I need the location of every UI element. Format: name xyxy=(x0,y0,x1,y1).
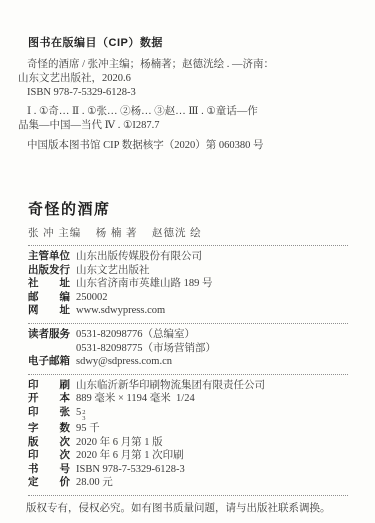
row-value: 山东省济南市英雄山路 189 号 xyxy=(76,277,213,291)
fraction-denominator: 3 xyxy=(82,416,85,422)
row-label: 邮编 xyxy=(28,291,70,305)
sheets-fraction: 23 xyxy=(82,410,85,422)
info-row-reader-service-2: 0531-82098775（市场营销部） xyxy=(28,342,348,356)
cip-record-number: 中国版本图书馆 CIP 数据核字（2020）第 060380 号 xyxy=(18,139,348,153)
cip-description: 奇怪的酒席 / 张冲主编；杨楠著；赵德洸绘 . —济南： 山东文艺出版社，202… xyxy=(18,58,348,100)
row-label: 读者服务 xyxy=(28,328,70,342)
publisher-info: 主管单位 山东出版传媒股份有限公司 出版发行 山东文艺出版社 社址 山东省济南市… xyxy=(28,250,348,318)
row-label: 印次 xyxy=(28,449,70,462)
isbn-line: ISBN 978-7-5329-6128-3 xyxy=(18,86,348,100)
row-label: 字数 xyxy=(28,422,70,435)
row-label: 开本 xyxy=(28,392,70,405)
divider-bottom xyxy=(28,495,348,496)
info-row-isbn: 书号 ISBN 978-7-5329-6128-3 xyxy=(28,463,348,477)
divider-middle-1 xyxy=(28,323,348,324)
info-row-impression: 印次 2020 年 6 月第 1 次印刷 xyxy=(28,449,348,463)
row-value: 2020 年 6 月第 1 版 xyxy=(76,437,163,450)
copyright-notice: 版权专有，侵权必究。如有图书质量问题，请与出版社联系调换。 xyxy=(26,502,348,516)
row-label: 印张 xyxy=(28,406,70,419)
row-value: 山东出版传媒股份有限公司 xyxy=(76,250,202,264)
row-value: 95 千 xyxy=(76,423,100,436)
info-row-price: 定价 28.00 元 xyxy=(28,476,348,490)
row-value: 2020 年 6 月第 1 次印刷 xyxy=(76,450,184,463)
cip-classification-line1: Ⅰ . ①奇… Ⅱ . ①张… ②杨… ③赵… Ⅲ . ①童话—作 xyxy=(18,105,348,119)
row-label: 社址 xyxy=(28,277,70,291)
info-row-edition: 版次 2020 年 6 月第 1 版 xyxy=(28,436,348,450)
info-row-postcode: 邮编 250002 xyxy=(28,291,348,305)
info-row-supervisor: 主管单位 山东出版传媒股份有限公司 xyxy=(28,250,348,264)
info-row-wordcount: 字数 95 千 xyxy=(28,422,348,436)
cip-description-line2: 山东文艺出版社，2020.6 xyxy=(18,72,348,86)
row-value: 28.00 元 xyxy=(76,477,113,490)
row-label: 印刷 xyxy=(28,379,70,392)
row-value-sheets: 523 xyxy=(76,407,86,422)
row-label: 版次 xyxy=(28,436,70,449)
row-value-phone2: 0531-82098775（市场营销部） xyxy=(76,342,216,356)
row-value-phone1: 0531-82098776（总编室） xyxy=(76,328,195,342)
sheets-integer: 5 xyxy=(76,407,81,418)
colophon-page: 图书在版编目（CIP）数据 奇怪的酒席 / 张冲主编；杨楠著；赵德洸绘 . —济… xyxy=(0,0,375,523)
row-label: 出版发行 xyxy=(28,264,70,278)
info-row-reader-service: 读者服务 0531-82098776（总编室） xyxy=(28,328,348,342)
row-value: 山东文艺出版社 xyxy=(76,264,150,278)
info-row-website: 网址 www.sdwypress.com xyxy=(28,304,348,318)
book-authors: 张 冲 主编 杨 楠 著 赵德洸 绘 xyxy=(28,227,348,240)
row-value: 250002 xyxy=(76,291,108,305)
row-label: 网址 xyxy=(28,304,70,318)
row-label: 书号 xyxy=(28,463,70,476)
contact-info: 读者服务 0531-82098776（总编室） 0531-82098775（市场… xyxy=(28,328,348,369)
row-label: 电子邮箱 xyxy=(28,355,70,369)
cip-classification: Ⅰ . ①奇… Ⅱ . ①张… ②杨… ③赵… Ⅲ . ①童话—作 品集—中国—… xyxy=(18,105,348,133)
info-row-publisher: 出版发行 山东文艺出版社 xyxy=(28,264,348,278)
cip-classification-line2: 品集—中国—当代 Ⅳ . ①I287.7 xyxy=(18,119,348,133)
info-row-sheets: 印张 523 xyxy=(28,406,348,422)
divider-middle-2 xyxy=(28,374,348,375)
row-value: 山东临沂新华印刷物流集团有限责任公司 xyxy=(76,380,265,393)
info-row-address: 社址 山东省济南市英雄山路 189 号 xyxy=(28,277,348,291)
row-value: 889 毫米 × 1194 毫米 1/24 xyxy=(76,393,195,406)
info-row-format: 开本 889 毫米 × 1194 毫米 1/24 xyxy=(28,392,348,406)
cip-header: 图书在版编目（CIP）数据 xyxy=(28,37,348,50)
row-value: www.sdwypress.com xyxy=(76,304,165,318)
row-label: 主管单位 xyxy=(28,250,70,264)
row-label: 定价 xyxy=(28,476,70,489)
divider-top xyxy=(28,245,348,246)
row-value: ISBN 978-7-5329-6128-3 xyxy=(76,464,185,477)
row-value-email: sdwy@sdpress.com.cn xyxy=(76,355,172,369)
info-row-printer: 印刷 山东临沂新华印刷物流集团有限责任公司 xyxy=(28,379,348,393)
book-title: 奇怪的酒席 xyxy=(28,201,348,219)
info-row-email: 电子邮箱 sdwy@sdpress.com.cn xyxy=(28,355,348,369)
printing-info: 印刷 山东临沂新华印刷物流集团有限责任公司 开本 889 毫米 × 1194 毫… xyxy=(28,379,348,490)
cip-description-line1: 奇怪的酒席 / 张冲主编；杨楠著；赵德洸绘 . —济南： xyxy=(18,58,348,72)
